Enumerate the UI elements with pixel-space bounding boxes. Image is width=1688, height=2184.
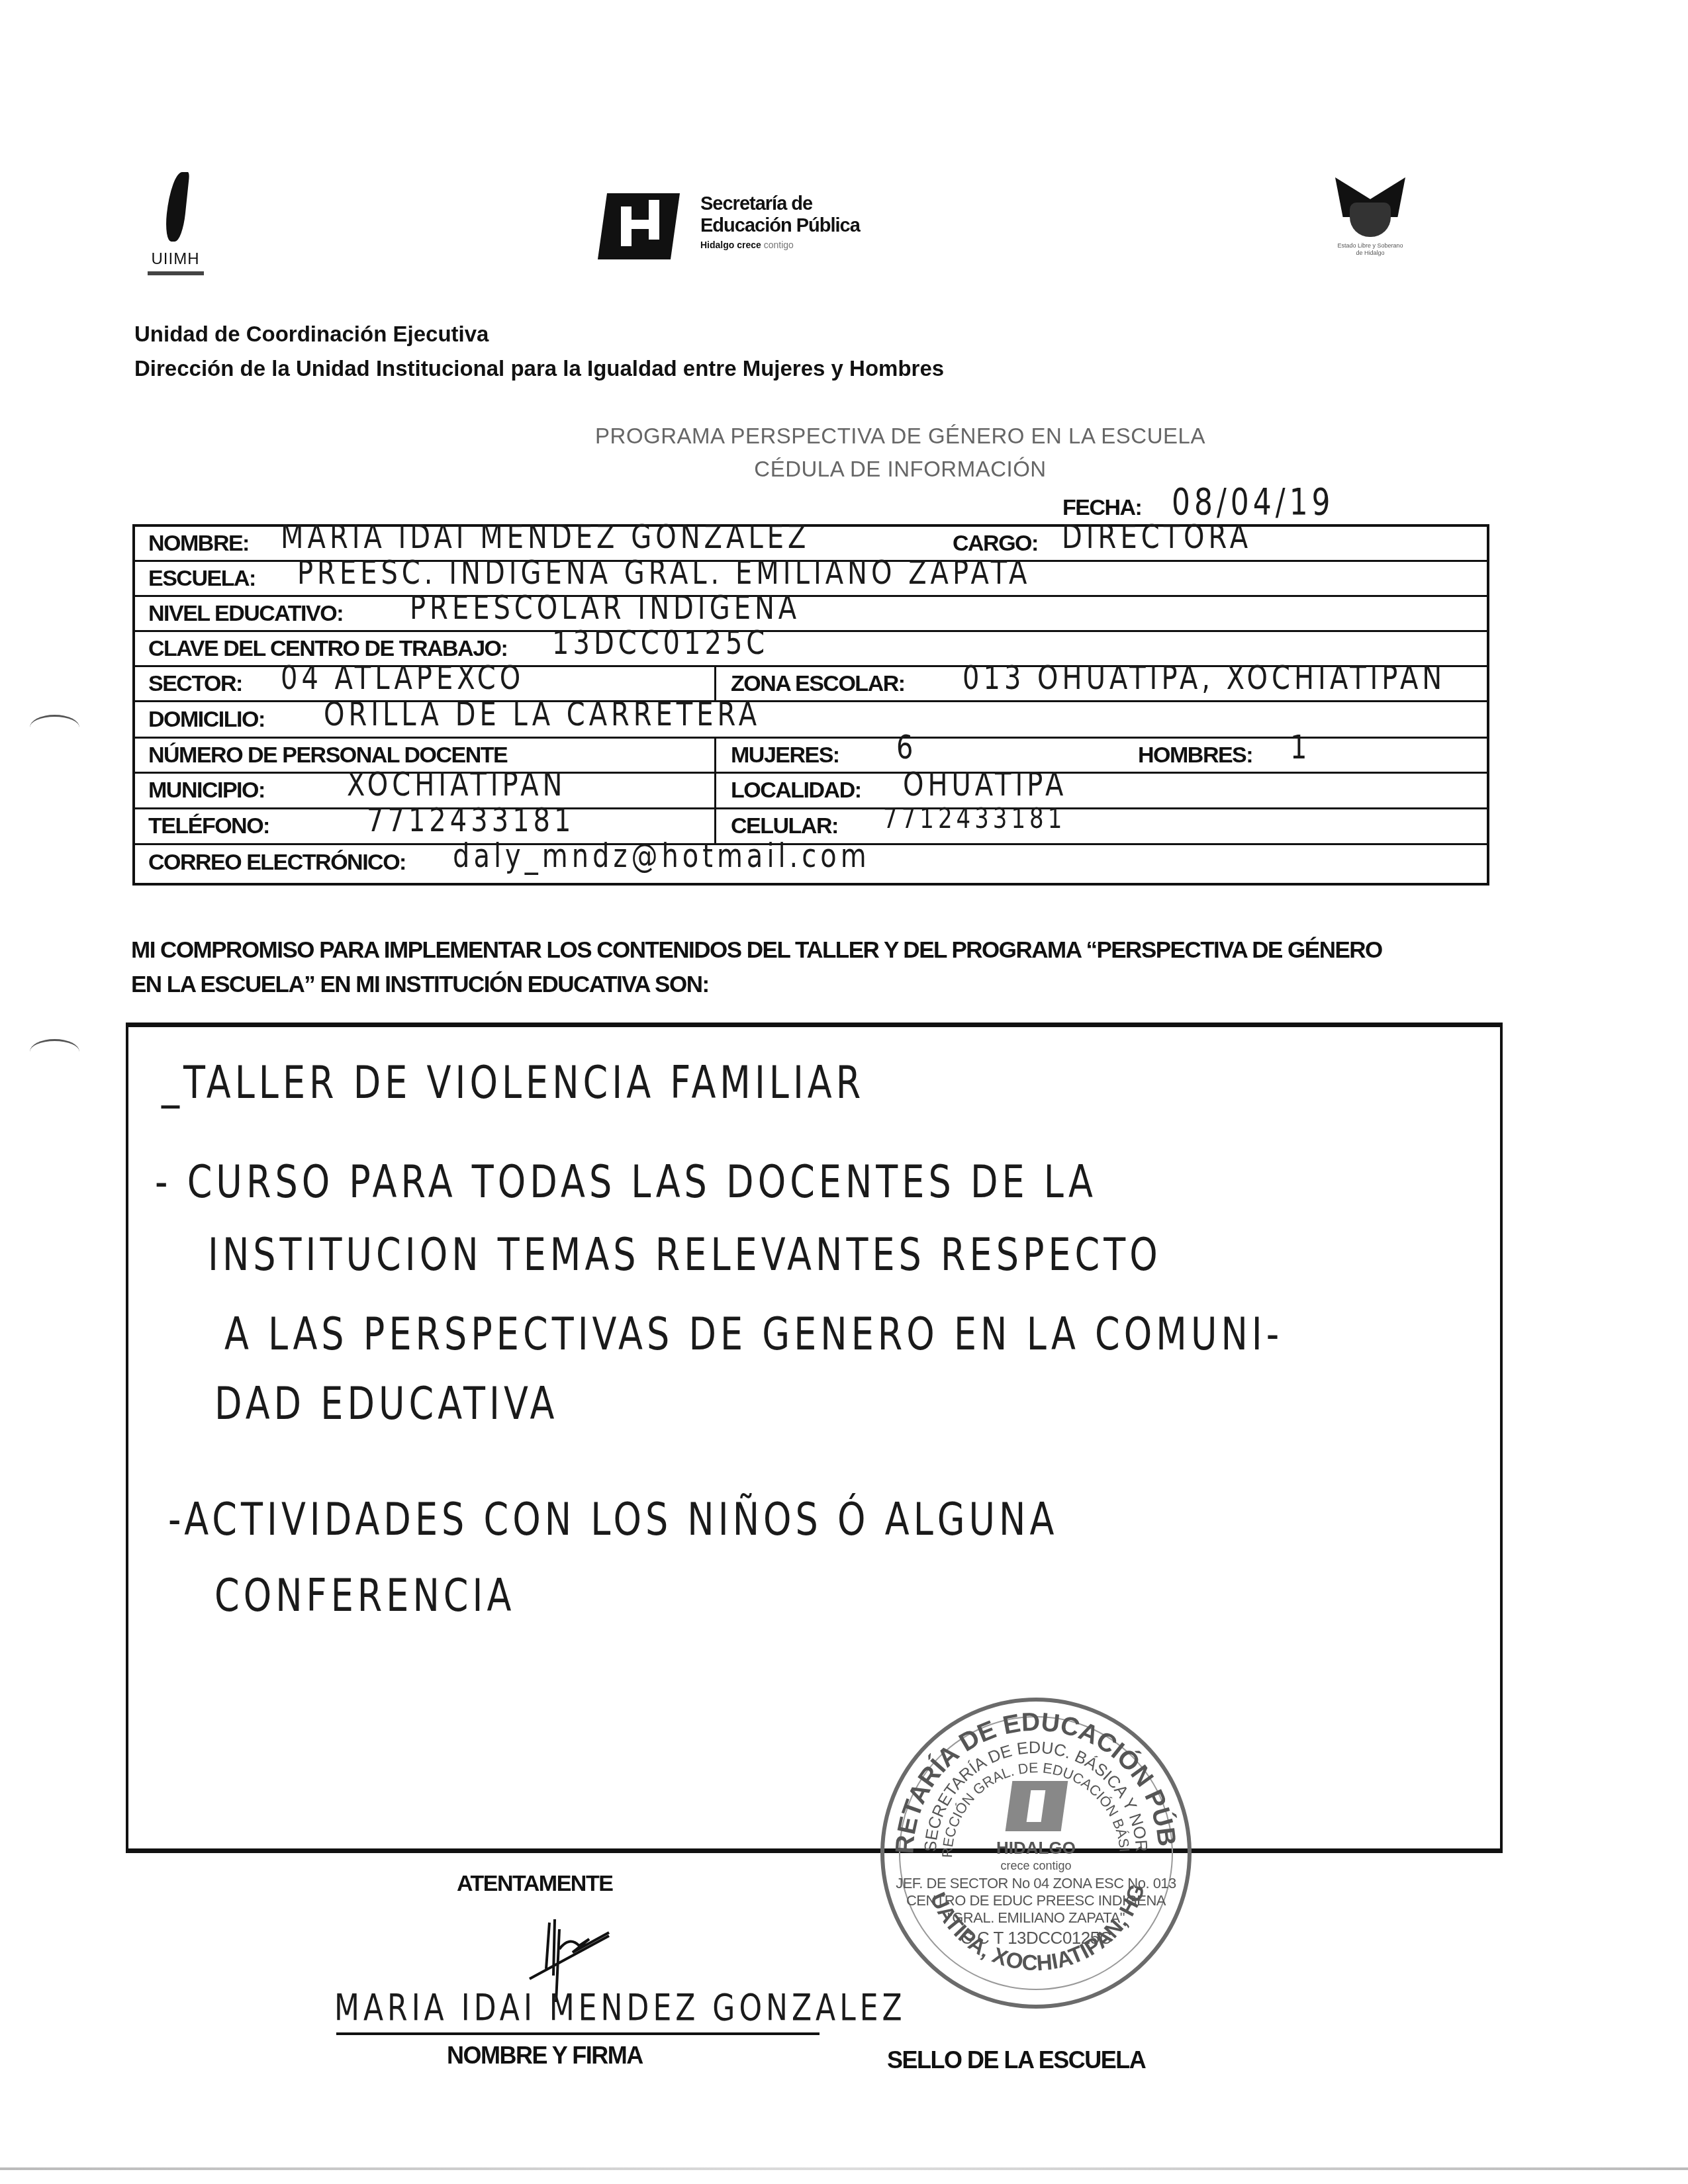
compromiso-line: _TALLER DE VIOLENCIA FAMILIAR xyxy=(162,1056,865,1109)
correo-field[interactable]: daly_mndz@hotmail.com xyxy=(453,837,870,876)
cargo-field[interactable]: DIRECTORA xyxy=(1062,518,1252,557)
firma-nombre: MARIA IDAI MENDEZ GONZALEZ xyxy=(334,1987,906,2029)
zona-escolar-label: ZONA ESCOLAR: xyxy=(731,671,905,697)
compromiso-line: A LAS PERSPECTIVAS DE GENERO EN LA COMUN… xyxy=(224,1308,1283,1360)
escuela-field[interactable]: PREESC. INDIGENA GRAL. EMILIANO ZAPATA xyxy=(297,554,1031,592)
zona-escolar-field[interactable]: 013 OHUATIPA, XOCHIATIPAN xyxy=(962,659,1446,698)
telefono-field[interactable]: 7712433181 xyxy=(367,801,575,840)
domicilio-label: DOMICILIO: xyxy=(148,707,265,733)
firma-underline xyxy=(336,2032,820,2035)
nombre-label: NOMBRE: xyxy=(148,531,249,557)
personal-docente-label: NÚMERO DE PERSONAL DOCENTE xyxy=(148,743,507,768)
fecha-field[interactable]: 08/04/19 xyxy=(1172,481,1335,523)
municipio-field[interactable]: XOCHIATIPAN xyxy=(347,766,566,804)
page-bottom-edge xyxy=(0,2167,1688,2170)
uiimh-logo: UIIMH xyxy=(136,165,215,278)
celular-label: CELULAR: xyxy=(731,813,838,839)
correo-label: CORREO ELECTRÓNICO: xyxy=(148,850,406,876)
uiimh-flame-icon xyxy=(164,172,189,242)
clave-ct-label: CLAVE DEL CENTRO DE TRABAJO: xyxy=(148,636,507,662)
sep-logo-text: Secretaría de Educación Pública Hidalgo … xyxy=(700,193,860,250)
sep-hidalgo-logo-icon xyxy=(596,187,688,263)
escuela-label: ESCUELA: xyxy=(148,566,256,592)
atentamente-label: ATENTAMENTE xyxy=(457,1871,612,1897)
domicilio-field[interactable]: ORILLA DE LA CARRETERA xyxy=(324,696,761,734)
nombre-field[interactable]: MARIA IDAI MENDEZ GONZALEZ xyxy=(281,518,810,557)
nombre-y-firma-label: NOMBRE Y FIRMA xyxy=(447,2042,643,2070)
punch-hole xyxy=(30,1039,79,1064)
school-seal: SECRETARÍA DE EDUCACIÓN PÚBLICA SUBSECRE… xyxy=(880,1698,1192,2009)
nivel-educativo-label: NIVEL EDUCATIVO: xyxy=(148,601,343,627)
seal-hidalgo-logo-icon xyxy=(1006,1781,1068,1831)
hidalgo-state-crest-icon: Estado Libre y Soberano de Hidalgo xyxy=(1334,164,1407,263)
sector-field[interactable]: 04 ATLAPEXCO xyxy=(281,659,524,698)
municipio-label: MUNICIPIO: xyxy=(148,778,265,803)
hombres-field[interactable]: 1 xyxy=(1290,729,1311,767)
form-title: CÉDULA DE INFORMACIÓN xyxy=(0,457,1688,482)
compromiso-line: DAD EDUCATIVA xyxy=(214,1377,558,1430)
compromiso-textarea[interactable]: _TALLER DE VIOLENCIA FAMILIAR - CURSO PA… xyxy=(126,1023,1503,1853)
compromiso-heading: MI COMPROMISO PARA IMPLEMENTAR LOS CONTE… xyxy=(131,933,1548,1002)
crest-caption: Estado Libre y Soberano de Hidalgo xyxy=(1322,242,1419,257)
compromiso-line: INSTITUCION TEMAS RELEVANTES RESPECTO xyxy=(208,1228,1162,1281)
uiimh-logo-subtext xyxy=(148,271,204,275)
cargo-label: CARGO: xyxy=(953,531,1038,557)
compromiso-line: -ACTIVIDADES CON LOS NIÑOS Ó ALGUNA xyxy=(168,1493,1058,1545)
nivel-educativo-field[interactable]: PREESCOLAR INDIGENA xyxy=(410,589,800,627)
sello-escuela-label: SELLO DE LA ESCUELA xyxy=(887,2046,1145,2074)
mujeres-field[interactable]: 6 xyxy=(896,729,917,767)
localidad-label: LOCALIDAD: xyxy=(731,778,861,803)
hombres-label: HOMBRES: xyxy=(1138,743,1252,768)
info-form-table: NOMBRE: MARIA IDAI MENDEZ GONZALEZ CARGO… xyxy=(132,524,1489,886)
localidad-field[interactable]: OHUATIPA xyxy=(903,766,1067,804)
compromiso-line: - CURSO PARA TODAS LAS DOCENTES DE LA xyxy=(155,1156,1097,1208)
punch-hole xyxy=(30,715,79,740)
clave-ct-field[interactable]: 13DCC0125C xyxy=(552,624,769,662)
celular-field[interactable]: 7712433181 xyxy=(883,802,1066,835)
compromiso-line: CONFERENCIA xyxy=(214,1569,515,1621)
telefono-label: TELÉFONO: xyxy=(148,813,269,839)
fecha-label: FECHA: xyxy=(1062,495,1141,521)
program-title: PROGRAMA PERSPECTIVA DE GÉNERO EN LA ESC… xyxy=(0,424,1688,449)
sector-label: SECTOR: xyxy=(148,671,242,697)
org-unit-title: Unidad de Coordinación Ejecutiva xyxy=(134,322,489,347)
mujeres-label: MUJERES: xyxy=(731,743,839,768)
uiimh-logo-text: UIIMH xyxy=(136,250,215,269)
org-direction-title: Dirección de la Unidad Institucional par… xyxy=(134,356,944,381)
